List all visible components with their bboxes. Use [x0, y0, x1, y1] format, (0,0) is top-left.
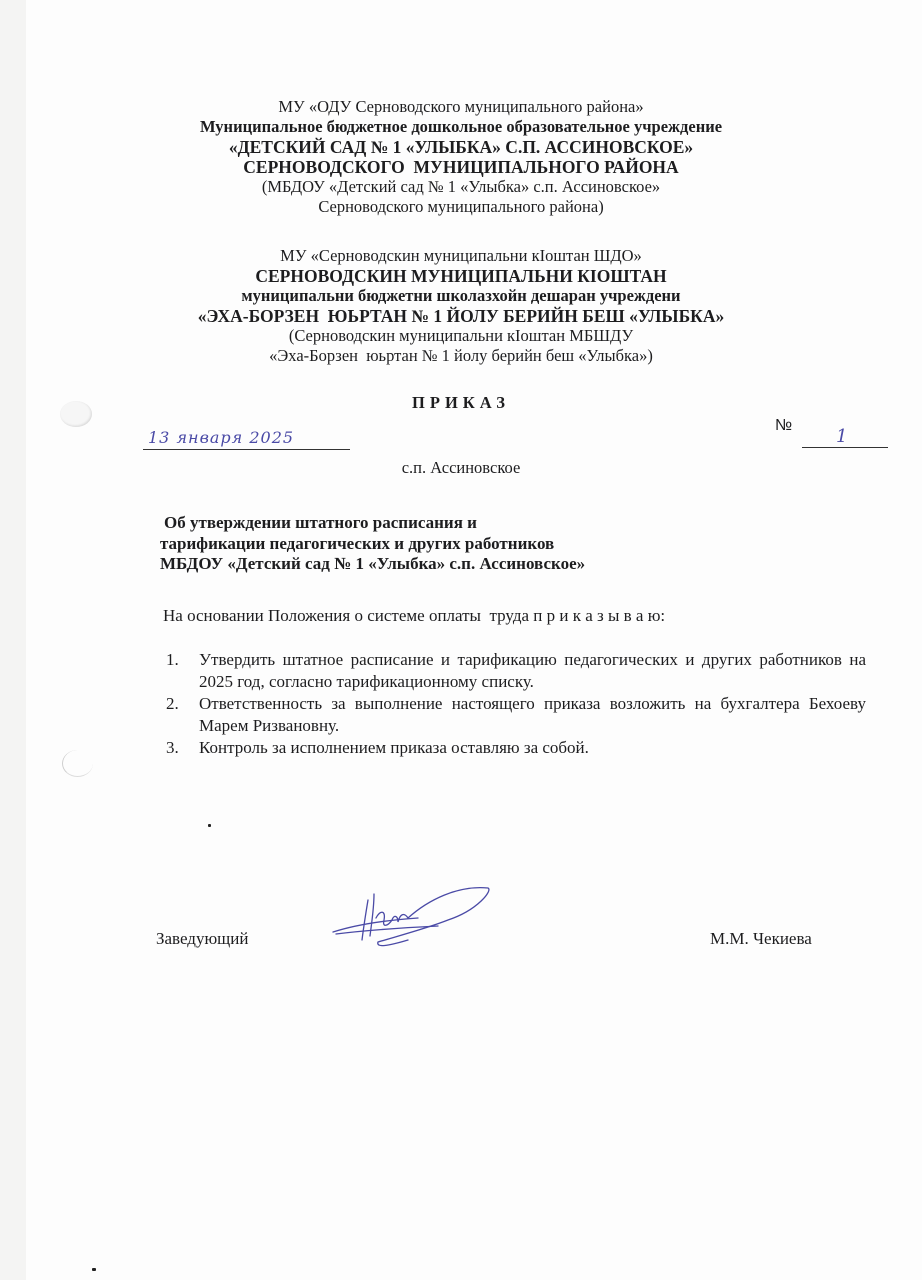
- order-place: с.п. Ассиновское: [0, 458, 922, 478]
- header-ce-line1: МУ «Серноводскин муниципальни кIоштан ШД…: [0, 246, 922, 266]
- header-ru-line3: «ДЕТСКИЙ САД № 1 «УЛЫБКА» С.П. АССИНОВСК…: [0, 137, 922, 157]
- item-text: Контроль за исполнением приказа оставляю…: [199, 738, 589, 757]
- order-subject: Об утверждении штатного расписания и тар…: [160, 513, 585, 575]
- order-basis: На основании Положения о системе оплаты …: [163, 606, 665, 626]
- header-ru-line6: Серноводского муниципального района): [0, 197, 922, 217]
- date-underline: [143, 449, 350, 450]
- order-item: 3.Контроль за исполнением приказа оставл…: [166, 737, 866, 759]
- subject-line3: МБДОУ «Детский сад № 1 «Улыбка» с.п. Асс…: [160, 554, 585, 575]
- scan-speck: [92, 1268, 96, 1271]
- item-number: 3.: [166, 737, 179, 759]
- scan-speck: [208, 824, 211, 827]
- order-item: 1.Утвердить штатное расписание и тарифик…: [166, 649, 866, 693]
- item-number: 1.: [166, 649, 179, 671]
- item-text: Ответственность за выполнение настоящего…: [199, 694, 866, 735]
- header-ce-line2: СЕРНОВОДСКИН МУНИЦИПАЛЬНИ КIОШТАН: [0, 266, 922, 286]
- order-number-handwritten: 1: [836, 426, 847, 447]
- header-ce-line6: «Эха-Борзен юьртан № 1 йолу берийн беш «…: [0, 346, 922, 366]
- header-ru-line2: Муниципальное бюджетное дошкольное образ…: [0, 117, 922, 137]
- order-number-label: №: [775, 417, 792, 435]
- header-ru-line1: МУ «ОДУ Серноводского муниципального рай…: [0, 97, 922, 117]
- punch-hole-bottom: [62, 750, 93, 777]
- header-ru-line5: (МБДОУ «Детский сад № 1 «Улыбка» с.п. Ас…: [0, 177, 922, 197]
- header-chechen: МУ «Серноводскин муниципальни кIоштан ШД…: [0, 246, 922, 366]
- header-ce-line3: муниципальни бюджетни школазхойн дешаран…: [0, 286, 922, 306]
- handwritten-signature-icon: [328, 880, 498, 960]
- signatory-name: М.М. Чекиева: [710, 929, 812, 949]
- item-number: 2.: [166, 693, 179, 715]
- order-date-handwritten: 13 января 2025: [148, 428, 294, 447]
- subject-line1: Об утверждении штатного расписания и: [160, 513, 585, 534]
- header-ru-line4: СЕРНОВОДСКОГО МУНИЦИПАЛЬНОГО РАЙОНА: [0, 157, 922, 177]
- header-russian: МУ «ОДУ Серноводского муниципального рай…: [0, 97, 922, 217]
- subject-line2: тарификации педагогических и других рабо…: [160, 534, 585, 555]
- signatory-role: Заведующий: [156, 929, 248, 949]
- order-items: 1.Утвердить штатное расписание и тарифик…: [166, 649, 866, 759]
- number-underline: [802, 447, 888, 448]
- header-ce-line5: (Серноводскин муниципальни кIоштан МБШДУ: [0, 326, 922, 346]
- header-ce-line4: «ЭХА-БОРЗЕН ЮЬРТАН № 1 ЙОЛУ БЕРИЙН БЕШ «…: [0, 306, 922, 326]
- order-title: ПРИКАЗ: [0, 393, 922, 413]
- order-item: 2.Ответственность за выполнение настояще…: [166, 693, 866, 737]
- item-text: Утвердить штатное расписание и тарификац…: [199, 650, 866, 691]
